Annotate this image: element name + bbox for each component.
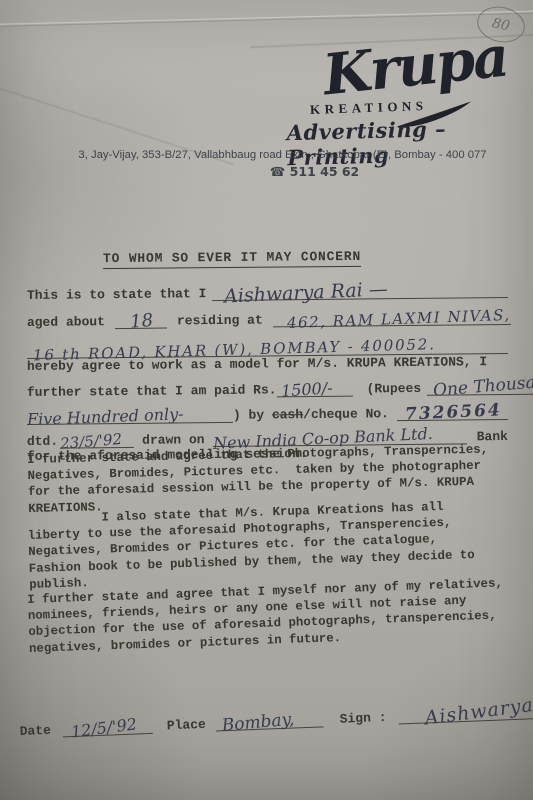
statement-line-2: aged about 18 residing at 462, RAM LAXMI… <box>27 300 508 330</box>
handwritten-date: 12/5/'92 <box>62 714 138 742</box>
amount-words-fill-2: Five Hundred only- <box>27 398 233 425</box>
typed-text: drawn on <box>142 432 205 448</box>
place-fill: Bombay, <box>215 700 324 731</box>
handwritten-place: Bombay, <box>215 709 295 736</box>
typed-text: (Rupees <box>366 381 421 397</box>
typed-text: dtd. <box>27 434 58 449</box>
amount-fill-line: 1500/- <box>276 372 352 398</box>
signature-block: Date 12/5/'92 Place Bombay, Sign : Aishw… <box>19 693 505 739</box>
scanned-agreement-document: 80 Krupa KREATIONS Advertising – Printin… <box>0 0 533 800</box>
phone-icon: ☎ <box>270 164 286 179</box>
brand-tagline: Advertising – Printing <box>286 114 533 170</box>
statement-line-1: This is to state that I Aishwarya Rai — <box>27 273 508 303</box>
address-line: 3, Jay-Vijay, 353-B/27, Vallabhbaug road… <box>0 149 533 161</box>
document-heading: TO WHOM SO EVER IT MAY CONCERN <box>103 249 361 269</box>
sign-label: Sign : <box>339 710 386 727</box>
paper-crease <box>0 10 533 27</box>
typed-text: aged about <box>27 314 105 330</box>
date-label: Date <box>19 723 51 739</box>
phone-line: ☎ 511 45 62 <box>0 164 533 179</box>
struck-word-cash: cash <box>272 407 303 422</box>
date-fill: 12/5/'92 <box>62 707 153 737</box>
cheque-date-fill: 23/5/'92 <box>60 423 134 449</box>
amount-words-fill-1: One Thousand <box>427 369 533 395</box>
cheque-number-fill: 7326564 <box>397 395 508 421</box>
signature: AishwaryaRai <box>398 690 533 733</box>
phone-number: 511 45 62 <box>290 164 360 179</box>
place-label: Place <box>167 717 207 733</box>
address-fill-line: 462, RAM LAXMI NIVAS, <box>273 300 511 327</box>
name-fill-line: Aishwarya Rai — <box>212 273 508 301</box>
typed-text: This is to state that I <box>27 286 207 303</box>
brand-logo: Krupa <box>321 29 510 104</box>
typed-text: residing at <box>177 313 263 329</box>
age-fill-line: 18 <box>115 304 167 330</box>
signature-fill: AishwaryaRai <box>398 691 533 725</box>
